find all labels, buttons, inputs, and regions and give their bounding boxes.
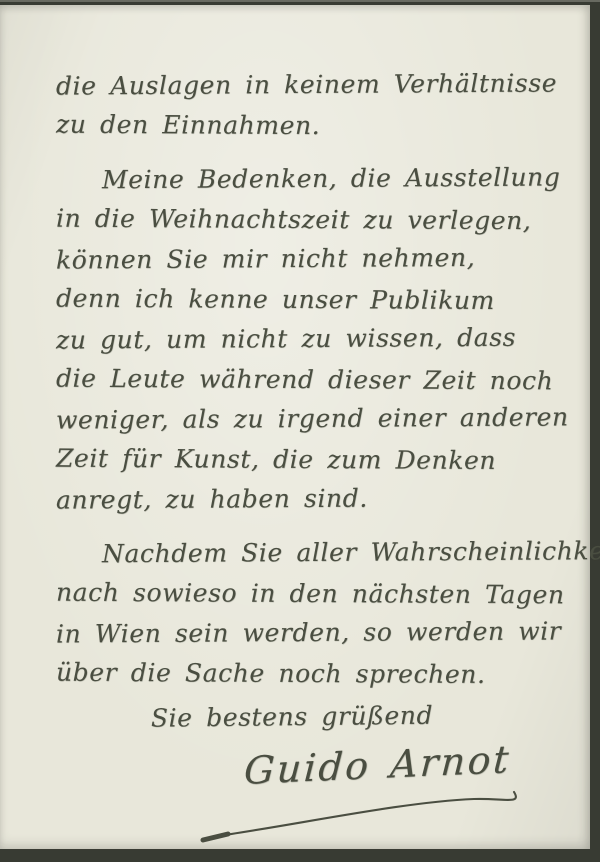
letter-line: weniger, als zu irgend einer anderen xyxy=(56,397,562,440)
paragraph: die Auslagen in keinem Verhältnisse zu d… xyxy=(56,65,562,145)
paragraph: Nachdem Sie aller Wahrscheinlichkeit nac… xyxy=(56,533,562,693)
letter-line: die Auslagen in keinem Verhältnisse xyxy=(56,63,562,106)
letter-line: in Wien sein werden, so werden wir xyxy=(56,611,562,654)
closing-line: Sie bestens grüßend xyxy=(56,694,562,739)
letter-line: können Sie mir nicht nehmen, xyxy=(56,237,562,280)
letter-line: anregt, zu haben sind. xyxy=(56,477,562,520)
letter-line: die Leute während dieser Zeit noch xyxy=(56,359,562,402)
letter-line: zu gut, um nicht zu wissen, dass xyxy=(56,317,562,360)
letter-line: nach sowieso in den nächsten Tagen xyxy=(56,573,562,616)
signature-block: Guido Arnot xyxy=(56,739,562,859)
letter-line: über die Sache noch sprechen. xyxy=(56,653,562,696)
letter-line: Meine Bedenken, die Ausstellung xyxy=(56,157,562,200)
letter-text: die Auslagen in keinem Verhältnisse zu d… xyxy=(56,65,562,859)
letter-page: die Auslagen in keinem Verhältnisse zu d… xyxy=(0,5,590,849)
signature-flourish xyxy=(156,785,536,845)
letter-line: Zeit für Kunst, die zum Denken xyxy=(56,439,562,482)
signature: Guido Arnot xyxy=(243,739,512,791)
letter-line: Nachdem Sie aller Wahrscheinlichkeit xyxy=(56,531,562,574)
scanned-letter-background: die Auslagen in keinem Verhältnisse zu d… xyxy=(0,0,600,862)
letter-line: denn ich kenne unser Publikum xyxy=(56,279,562,322)
letter-line: in die Weihnachtszeit zu verlegen, xyxy=(56,199,562,242)
letter-line: zu den Einnahmen. xyxy=(56,105,562,148)
paragraph: Meine Bedenken, die Ausstellung in die W… xyxy=(56,159,562,519)
